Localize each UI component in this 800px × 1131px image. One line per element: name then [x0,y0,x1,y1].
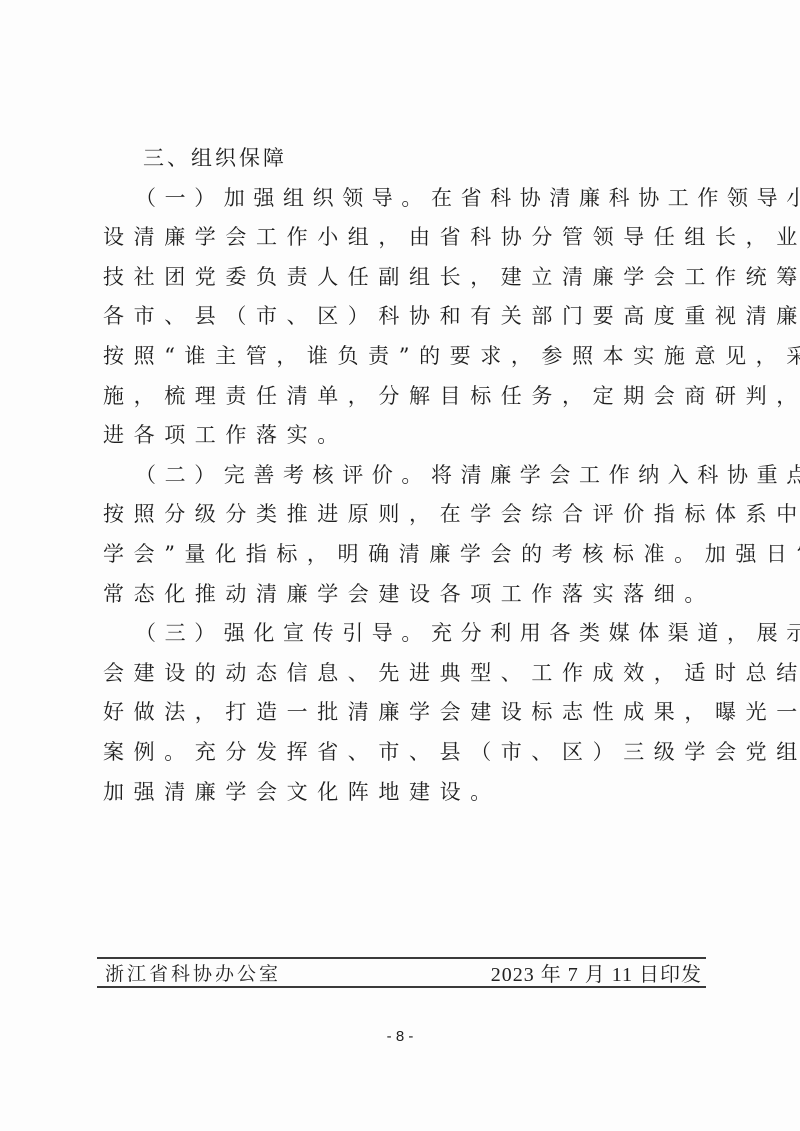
paragraph-line: 按照分级分类推进原则，在学会综合评价指标体系中列入“清廉 [103,495,703,535]
paragraph-line: 各市、县（市、区）科协和有关部门要高度重视清廉学会建设， [103,297,703,337]
paragraph-line: （二）完善考核评价。将清廉学会工作纳入科协重点工作， [103,456,703,496]
paragraph-line: 设清廉学会工作小组，由省科协分管领导任组长，业务处室和科 [103,218,703,258]
paragraph-line: 常态化推动清廉学会建设各项工作落实落细。 [103,575,703,615]
paragraph-line: 学会”量化指标，明确清廉学会的考核标准。加强日常监督检查， [103,535,703,575]
paragraph-1: （一）加强组织领导。在省科协清廉科协工作领导小组中下 设清廉学会工作小组，由省科… [103,179,703,456]
paragraph-line: 进各项工作落实。 [103,416,703,456]
paragraph-line: 按照“谁主管，谁负责”的要求，参照本实施意见，采取相应措 [103,337,703,377]
paragraph-line: （一）加强组织领导。在省科协清廉科协工作领导小组中下 [103,179,703,219]
paragraph-line: 技社团党委负责人任副组长，建立清廉学会工作统筹协调机制。 [103,258,703,298]
paragraph-3: （三）强化宣传引导。充分利用各类媒体渠道，展示清廉学 会建设的动态信息、先进典型… [103,614,703,812]
issuer-name: 浙江省科协办公室 [105,959,281,986]
paragraph-line: 施，梳理责任清单，分解目标任务，定期会商研判，统筹协调推 [103,377,703,417]
footer-bottom-rule [97,986,706,988]
page-number: - 8 - [0,1028,800,1045]
paragraph-2: （二）完善考核评价。将清廉学会工作纳入科协重点工作， 按照分级分类推进原则，在学… [103,456,703,614]
issue-date: 2023 年 7 月 11 日印发 [491,958,702,987]
paragraph-line: 加强清廉学会文化阵地建设。 [103,773,703,813]
document-body: 三、组织保障 （一）加强组织领导。在省科协清廉科协工作领导小组中下 设清廉学会工… [103,139,703,812]
paragraph-line: 好做法，打造一批清廉学会建设标志性成果，曝光一批违纪违法 [103,693,703,733]
paragraph-line: 案例。充分发挥省、市、县（市、区）三级学会党组织的作用， [103,733,703,773]
footer-imprint: 浙江省科协办公室 2023 年 7 月 11 日印发 [105,958,702,986]
document-page: 三、组织保障 （一）加强组织领导。在省科协清廉科协工作领导小组中下 设清廉学会工… [0,0,800,1131]
paragraph-line: 会建设的动态信息、先进典型、工作成效，适时总结推广好经验 [103,654,703,694]
section-heading: 三、组织保障 [103,139,703,179]
paragraph-line: （三）强化宣传引导。充分利用各类媒体渠道，展示清廉学 [103,614,703,654]
